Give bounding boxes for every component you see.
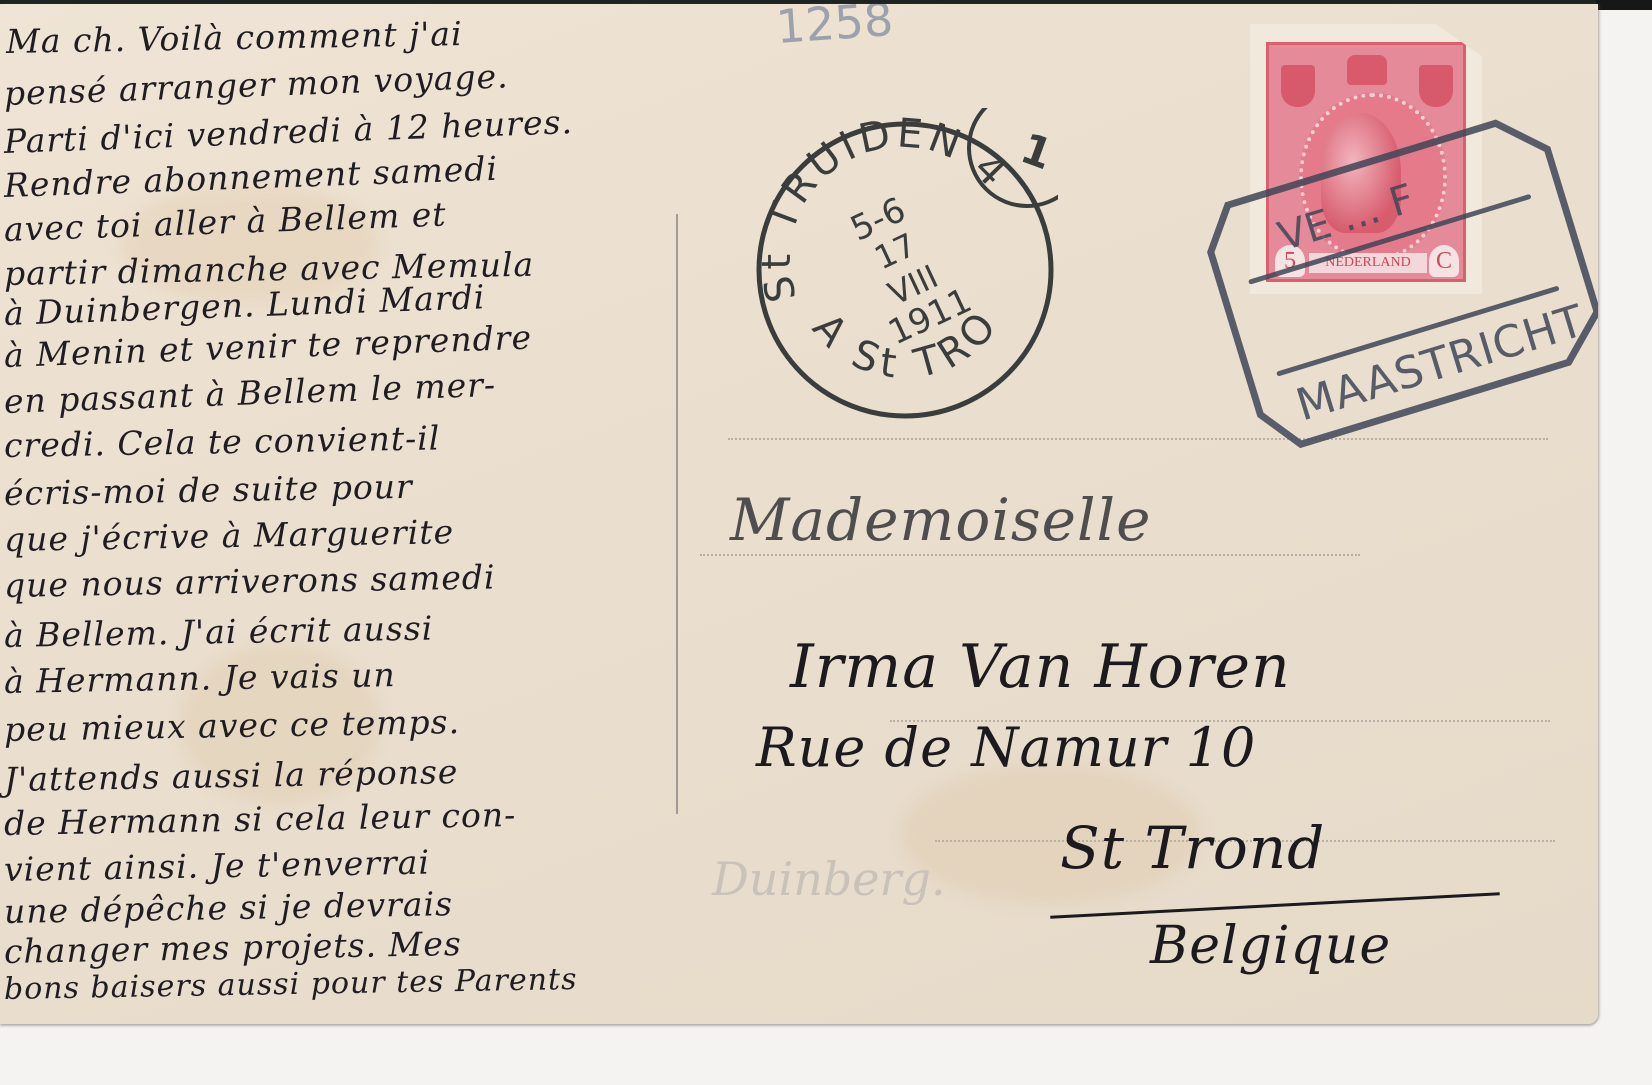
- card-divider-line: [676, 214, 678, 814]
- address-city: St Trond: [1060, 814, 1325, 882]
- pencil-inventory-number: 1258: [774, 4, 895, 54]
- address-line-1: [728, 438, 1548, 440]
- address-street: Rue de Namur 10: [756, 716, 1256, 779]
- message-line: à Hermann. Je vais un: [4, 655, 396, 701]
- message-line: credi. Cela te convient-il: [4, 418, 441, 465]
- postcard: 1258 Ma ch. Voilà comment j'ai pensé arr…: [0, 4, 1598, 1024]
- queen-portrait-icon: [1321, 113, 1401, 233]
- address-salutation: Mademoiselle: [730, 486, 1151, 554]
- stamp-value-left: 5: [1275, 245, 1305, 277]
- message-line: Ma ch. Voilà comment j'ai: [6, 14, 463, 61]
- message-line: changer mes projets. Mes: [4, 924, 462, 971]
- crown-icon: [1347, 55, 1387, 85]
- circular-date-postmark: 1 St TRUIDEN 4 A St TROND 5-6 17 VIII 19…: [752, 108, 1058, 428]
- message-line: de Hermann si cela leur con-: [4, 795, 517, 843]
- coat-of-arms-icon: [1419, 65, 1453, 107]
- message-line: à Bellem. J'ai écrit aussi: [4, 609, 434, 655]
- address-name: Irma Van Horen: [790, 632, 1291, 702]
- message-line: pensé arranger mon voyage.: [3, 56, 509, 113]
- message-line: vient ainsi. Je t'enverrai: [4, 843, 431, 889]
- message-line: J'attends aussi la réponse: [4, 752, 459, 799]
- message-line: une dépêche si je devrais: [4, 884, 454, 931]
- message-line: que j'écrive à Marguerite: [4, 512, 455, 559]
- message-line: peu mieux avec ce temps.: [4, 702, 461, 749]
- pencil-place-note: Duinberg.: [712, 852, 946, 906]
- stamp-design: 5 NEDERLAND C: [1266, 42, 1466, 282]
- message-line: que nous arriverons samedi: [4, 557, 496, 605]
- coat-of-arms-icon: [1281, 65, 1315, 107]
- postage-stamp: 5 NEDERLAND C: [1250, 24, 1482, 294]
- stamp-country: NEDERLAND: [1309, 253, 1427, 273]
- message-line: écris-moi de suite pour: [4, 467, 413, 513]
- address-line-2: [700, 554, 1360, 556]
- postmark-graphic: 1 St TRUIDEN 4 A St TROND 5-6 17 VIII 19…: [752, 108, 1058, 428]
- address-country: Belgique: [1150, 916, 1391, 976]
- scan-corner-dark: [1596, 0, 1652, 10]
- stamp-value-right: C: [1429, 245, 1459, 277]
- message-line: en passant à Bellem le mer-: [3, 365, 496, 421]
- postmark-circle-digit: 1: [1015, 123, 1058, 179]
- railway-cancel-line2: MAASTRICHT: [1290, 295, 1590, 431]
- message-line: avec toi aller à Bellem et: [3, 195, 447, 249]
